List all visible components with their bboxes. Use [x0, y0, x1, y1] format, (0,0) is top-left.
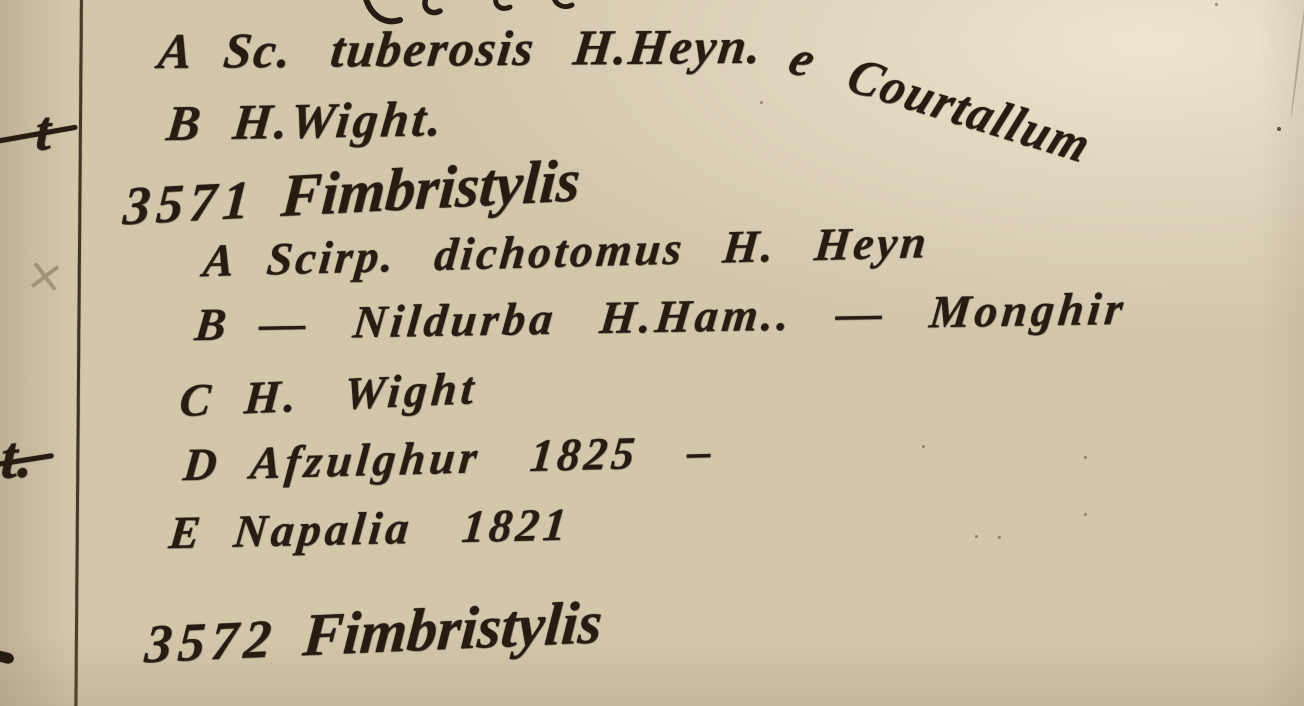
specimen-label: C [178, 372, 217, 427]
specimen-label: E [167, 505, 207, 559]
ink-speck [975, 535, 978, 538]
pencil-x-mark: × [22, 246, 68, 305]
entry-line-b-wight: BH.Wight. [164, 89, 448, 152]
entry-line-c-wight: CH. Wight [178, 361, 480, 427]
entry-3572-header: 3572Fimbristylis [142, 588, 604, 678]
margin-word-fragment-top: t [35, 99, 52, 165]
manuscript-scan-page: t × t. ASc. tuberosis H.Heyn.e Courtallu… [0, 0, 1304, 706]
entry-line-a-tuberosis: ASc. tuberosis H.Heyn.e Courtallum [155, 14, 1121, 80]
entry-line-d-afzulghur: DAfzulghur 1825 – [181, 424, 718, 491]
specimen-text: H. Wight [243, 362, 480, 423]
specimen-label: A [155, 22, 197, 80]
genus-name: Fimbristylis [279, 146, 583, 232]
ink-speck [1084, 456, 1087, 459]
ink-speck [1277, 127, 1281, 131]
ink-speck [760, 101, 763, 104]
specimen-text: — Nildurba H.Ham.. — Monghir [257, 283, 1129, 349]
margin-word-fragment-bottom: t. [0, 422, 34, 494]
ink-speck [1084, 513, 1087, 516]
specimen-text: Sc. tuberosis H.Heyn. [221, 18, 766, 79]
paper-crease-line [1290, 6, 1304, 117]
locality-text-courtallum: e Courtallum [781, 27, 1101, 174]
column-rule-line [74, 0, 82, 706]
specimen-label: D [181, 437, 223, 491]
ink-mark-bottom-left [0, 650, 15, 665]
ink-speck [1215, 3, 1218, 6]
ink-speck [998, 536, 1001, 539]
entry-line-b-nildurba: B— Nildurba H.Ham.. — Monghir [192, 282, 1129, 351]
specimen-text: Napalia 1821 [231, 499, 572, 557]
specimen-label: B [192, 297, 232, 351]
entry-number: 3572 [143, 607, 280, 675]
specimen-label: B [164, 93, 206, 152]
entry-line-e-napalia: ENapalia 1821 [167, 498, 573, 560]
specimen-text: Afzulghur 1825 – [248, 425, 717, 488]
ink-speck [922, 445, 925, 448]
specimen-text: H.Wight. [230, 90, 447, 150]
specimen-label: A [201, 233, 240, 287]
genus-name: Fimbristylis [300, 588, 604, 671]
entry-number: 3571 [121, 168, 257, 237]
